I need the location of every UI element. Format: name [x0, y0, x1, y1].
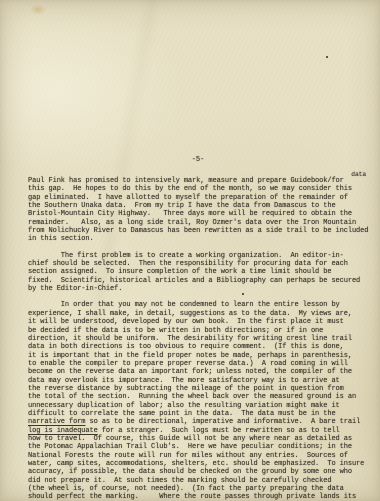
text-line: data may overlook its importance. The mo… — [28, 377, 376, 385]
text-line: fixed. Scientific, historical articles a… — [28, 277, 376, 285]
text-line: the reverse distance by subtracting the … — [28, 385, 376, 393]
text-line: be decided if the data is to be written … — [28, 327, 376, 335]
text-line: National Forests the route will run for … — [28, 452, 376, 460]
text-line: gap eliminated. I have allotted to mysel… — [28, 194, 376, 202]
text-line: direction, it should be uniform. The des… — [28, 335, 376, 343]
text-line: In order that you may not be condemned t… — [28, 301, 376, 309]
text-line-rest: so as to be directional, imperative and … — [85, 418, 360, 426]
text-line: accuracy, if possible, the data should b… — [28, 468, 376, 476]
text-line-underlined: log is inadequate for a stranger. Such l… — [28, 427, 376, 435]
scanned-typewritten-page: -5- data Paul Fink has promised to inten… — [0, 0, 380, 501]
underlined-phrase: narrative form — [28, 418, 85, 426]
text-line: data in both directions is too obvious t… — [28, 343, 376, 351]
text-line: this gap. He hopes to do this by the end… — [28, 185, 376, 193]
typewritten-text: data Paul Fink has promised to intensive… — [28, 177, 376, 501]
paragraph-3: In order that you may not be condemned t… — [28, 301, 376, 501]
paper-speck — [326, 56, 328, 58]
text-line: it will be understood, developed by our … — [28, 318, 376, 326]
text-line: section assigned. To insure completion o… — [28, 268, 376, 276]
text-line: the total of the section. Running the wh… — [28, 393, 376, 401]
text-line: it is important that in the field proper… — [28, 352, 376, 360]
text-line: should perfect the marking. Where the ro… — [28, 493, 376, 501]
paper-stain — [30, 4, 46, 15]
text-line: to enable the compiler to prepare proper… — [28, 360, 376, 368]
text-line: become on the reverse data an important … — [28, 368, 376, 376]
text-line: Bristol-Mountain City Highway. Three day… — [28, 210, 376, 218]
text-line: did not prepare it. At such times the ma… — [28, 477, 376, 485]
page-number: -5- — [28, 156, 368, 164]
text-line: The first problem is to create a working… — [28, 252, 376, 260]
text-line: unnecessary duplication of labor; also t… — [28, 402, 376, 410]
text-line-rest: for a stranger. Such logs must be rewrit… — [98, 427, 340, 435]
text-line-underlined: narrative form so as to be directional, … — [28, 418, 376, 426]
typed-insertion-data: data — [351, 171, 366, 178]
text-line: experience, I shall make, in detail, sug… — [28, 310, 376, 318]
paragraph-1: Paul Fink has promised to intensively ma… — [28, 177, 376, 244]
text-line: in this section. — [28, 235, 376, 243]
text-line: by the Editor-in-Chief. — [28, 285, 376, 293]
paragraph-2: The first problem is to create a working… — [28, 252, 376, 294]
text-line: remainder. Also, as a long side trail, R… — [28, 219, 376, 227]
text-line: the Potomac Appalachian Trail Club's. He… — [28, 443, 376, 451]
underlined-phrase: log is inadequate — [28, 427, 98, 435]
